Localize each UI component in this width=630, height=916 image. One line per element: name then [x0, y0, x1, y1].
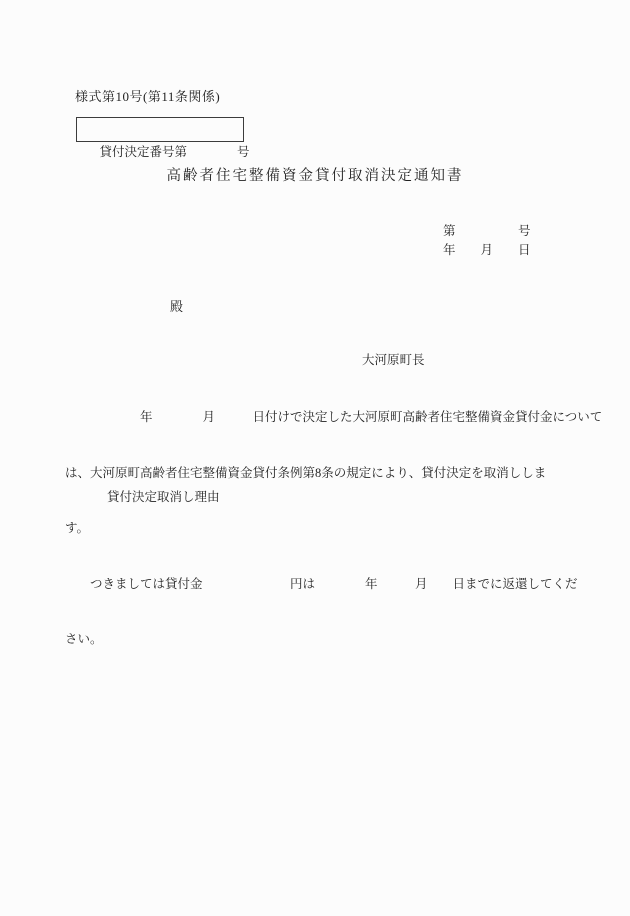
document-number-line: 第 号 — [443, 221, 531, 239]
addressee-honorific: 殿 — [170, 296, 183, 315]
body-line-2: は、大河原町高齢者住宅整備資金貸付条例第8条の規定により、貸付決定を取消ししま — [65, 464, 610, 483]
document-page: 様式第10号(第11条関係) 貸付決定番号第 号 高齢者住宅整備資金貸付取消決定… — [0, 0, 630, 916]
loan-decision-number-box: 貸付決定番号第 号 — [76, 117, 244, 142]
cancellation-reason-label: 貸付決定取消し理由 — [107, 487, 220, 505]
body-line-5: さい。 — [65, 630, 610, 649]
form-number-label: 様式第10号(第11条関係) — [75, 86, 220, 105]
loan-decision-number-label: 貸付決定番号第 号 — [100, 145, 250, 159]
body-line-4: つきましては貸付金 円は 年 月 日までに返還してくだ — [65, 575, 610, 594]
sender-title: 大河原町長 — [362, 350, 425, 368]
body-line-1: 年 月 日付けで決定した大河原町高齢者住宅整備資金貸付金について — [65, 408, 610, 427]
body-paragraph: 年 月 日付けで決定した大河原町高齢者住宅整備資金貸付金について は、大河原町高… — [65, 371, 610, 686]
document-title: 高齢者住宅整備資金貸付取消決定通知書 — [0, 164, 630, 185]
body-line-3: す。 — [65, 519, 610, 538]
document-date-line: 年 月 日 — [443, 240, 531, 258]
